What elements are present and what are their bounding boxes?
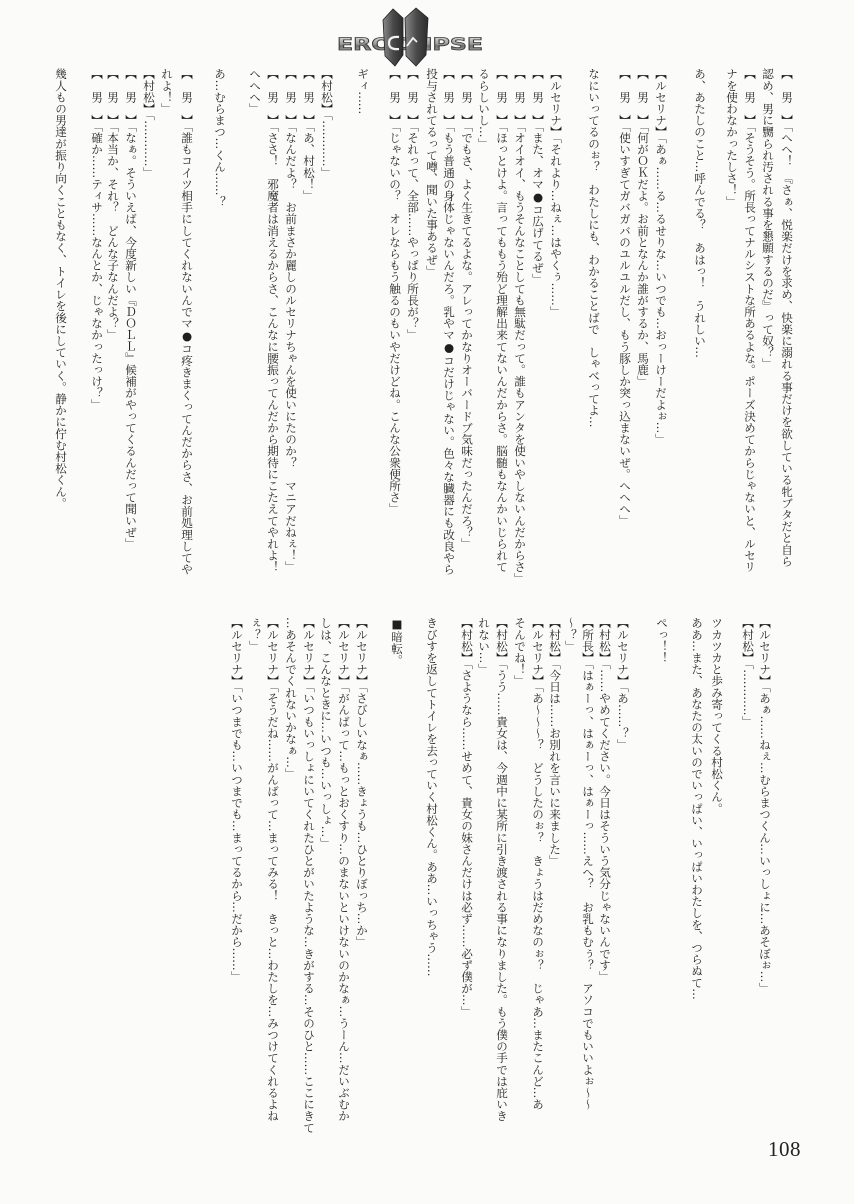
continuation-line: …あそんでくれないかなぁ…」 [284,617,298,779]
dialogue-line: 【村松】「うう……貴女は、今週中に某所に引き渡される事になりました。もう僕の手で… [495,617,509,1122]
dialogue-line: 【 男 】「じゃないの？ オレならもう触るのもいやだけどね。こんな公衆便所さ」 [388,68,402,515]
continuation-line: ぇ？」 [248,617,262,652]
continuation-line: へへへ」 [248,68,262,114]
speaker-label: 【 男 】 [388,68,402,126]
dialogue-line: 【 男 】「それって、全部……やっぱり所長が？」 [406,68,420,341]
dialogue-line: 【村松】「…………」 [142,68,156,178]
line-text: あ…むらまつ…くん……？ [213,68,227,207]
speaker-label: 【ルセリナ】 [337,617,351,687]
line-text: 「……やめてください。今日はそういう気分じゃないんです」 [598,663,612,982]
speaker-label: 【ルセリナ】 [266,617,280,687]
speaker-label: 【村松】 [741,617,755,663]
line-text: ツカツカと歩み寄ってくる村松くん。 [710,617,724,814]
narration-line: あ…むらまつ…くん……？ [213,68,227,207]
line-text: 「また、オマ●コ広げてるぜ」 [531,126,545,285]
speaker-label: 【所長】 [581,617,595,663]
speaker-label: 【村松】 [320,68,334,114]
line-text: 「ほっとけよ。言ってももう殆ど理解出来てないんだからさ。脳髄もなんかいじられて [495,126,509,573]
speaker-label: 【 男 】 [618,68,632,126]
speaker-label: 【ルセリナ】 [758,617,772,687]
line-text: 「がんばって…もっとおくすり…のまないといけないのかなぁ…うーん…だいぶむか [337,687,351,1122]
eroclipse-logo-icon: EROCLIPSE II [333,4,489,70]
speaker-label: 【 男 】 [460,68,474,126]
line-text: るらしいし…」 [477,68,491,149]
narration-line: きびすを返してトイレを去っていく村松くん。ああ…いっちゃう…… [425,617,439,977]
line-text: そんでね！」 [513,617,527,687]
dialogue-line: 【 男 】「何がＯＫだよ。お前となんか誰がするか、馬鹿」 [636,68,650,387]
line-text: れない…」 [477,617,491,675]
speaker-label: 【村松】 [548,617,562,663]
dialogue-line: 【村松】「…………」 [741,617,755,727]
scene-marker: ■暗転。 [390,617,404,666]
page-number: 108 [768,1137,801,1162]
speaker-label: 【村松】 [142,68,156,114]
line-text: ～？」 [564,617,578,652]
numeral-emblem: II [383,8,428,66]
continuation-line: ～？」 [564,617,578,652]
dialogue-line: 【 男 】「ほっとけよ。言ってももう殆ど理解出来てないんだからさ。脳髄もなんかい… [495,68,509,573]
speaker-label: 【 男 】 [266,68,280,126]
dialogue-line: 【 男 】「オイオイ、もうそんなことしても無駄だって。誰もアンタを使いやしないん… [513,68,527,584]
speaker-label: 【 男 】 [406,68,420,126]
continuation-line: れよ！」 [160,68,174,114]
line-text: 「使いすぎてガバガバのユルユルだし、もう豚しか突っ込まないぜ。へへへ」 [618,126,632,526]
dialogue-line: 【 男 】「なぁ。そういえば、今度新しい『ＤＯＬＬ』候補がやってくるんだって聞い… [124,68,138,549]
line-text: 「さようなら……せめて、貴女の妹さんだけは必ず……必ず僕が…」 [460,663,474,1017]
book-page: EROCLIPSE II 【 男 】「へへ！ 『さぁ、悦楽だけを求め、快楽に溺れ… [0,0,854,1204]
line-text: 認め、男に嬲られ汚される事を懇願するのだ』って奴？」 [761,68,775,370]
dialogue-line: 【 男 】「なんだよ？ お前まさか麗しのルセリナちゃんを使いにたのか？ マニアだ… [284,68,298,573]
line-text: 「あ、村松！」 [302,126,316,201]
narration-line: なにいってるのぉ？ わたしにも、わかることばで しゃべってよ… [587,68,601,428]
speaker-label: 【 男 】 [636,68,650,126]
line-text: 「うう……貴女は、今週中に某所に引き渡される事になりました。もう僕の手では庇いき [495,663,509,1121]
speaker-label: 【ルセリナ】 [230,617,244,687]
line-text: へへへ」 [248,68,262,114]
line-text: 「…………」 [320,114,334,178]
line-text: 「いつまでも…いつまでも…まってるから…だから……」 [230,687,244,983]
narration-line: ギィ…… [356,68,370,114]
speaker-label: 【 男 】 [284,68,298,126]
line-text: ナを使わなかったしさ！」 [725,68,739,207]
line-text: しは、こんなときに…いつも…いっしょ…」 [319,617,333,849]
dialogue-line: 【ルセリナ】「あぁ……る…るせりな…いつでも…おっーけーだよぉ…」 [654,68,668,445]
line-text: 「…………」 [142,114,156,178]
speaker-label: 【村松】 [460,617,474,663]
speaker-label: 【 男 】 [180,68,194,126]
line-text: ぺっ！！ [655,617,669,663]
line-text: 「なんだよ？ お前まさか麗しのルセリナちゃんを使いにたのか？ マニアだねぇ！」 [284,126,298,573]
narration-line: ツカツカと歩み寄ってくる村松くん。 [710,617,724,814]
dialogue-line: 【ルセリナ】「あ……？」 [616,617,630,750]
speaker-label: 【村松】 [495,617,509,663]
line-text: 「ささ！ 邪魔者は消えるからさ、こんなに腰振ってんだから期待にこたえてやれよ！ [266,126,280,573]
line-text: …あそんでくれないかなぁ…」 [284,617,298,779]
line-text: 「そうだね……がんばって…まってみる！ きっと…わたしを…みつけてくれるよね [266,687,280,1122]
speaker-label: 【ルセリナ】 [531,617,545,687]
dialogue-line: 【ルセリナ】「いつまでも…いつまでも…まってるから…だから……」 [230,617,244,982]
line-text: 「なぁ。そういえば、今度新しい『ＤＯＬＬ』候補がやってくるんだって聞いぜ」 [124,126,138,549]
line-text: 「誰もコイツ相手にしてくれないんでマ●コ疼きまくってんだからさ、お前処理してや [180,126,194,575]
speaker-label: 【村松】 [598,617,612,663]
line-text: 「それより…ねぇ…はやくぅ……」 [549,138,563,318]
continuation-line: 認め、男に嬲られ汚される事を懇願するのだ』って奴？」 [761,68,775,370]
narration-line: あ、あたしのこと…呼んでる？ あはっ！ うれしい… [693,68,707,358]
speaker-label: 【 男 】 [780,68,794,126]
dialogue-line: 【ルセリナ】「がんばって…もっとおくすり…のまないといけないのかなぁ…うーん…だ… [337,617,351,1122]
dialogue-line: 【村松】「さようなら……せめて、貴女の妹さんだけは必ず……必ず僕が…」 [460,617,474,1017]
line-text: れよ！」 [160,68,174,114]
narration-line: ああ…また、あなたの太いのでいっぱい、いっぱいわたしを、つらぬて… [690,617,704,1000]
speaker-label: 【 男 】 [513,68,527,126]
dialogue-line: 【 男 】「また、オマ●コ広げてるぜ」 [531,68,545,285]
line-text: 「へへ！ 『さぁ、悦楽だけを求め、快楽に溺れる事だけを欲している牝ブタだと自ら [780,126,794,567]
line-text: 「あぁ……ねぇ…むらまつくん…いっしょに…あそぼぉ…」 [758,687,772,994]
line-text: 「本当か、それ？ どんな子なんだよ？」 [106,126,120,341]
speaker-label: 【 男 】 [302,68,316,126]
speaker-label: 【 男 】 [124,68,138,126]
line-text: 「あ……？」 [616,687,630,751]
narration-line: ぺっ！！ [655,617,669,663]
speaker-label: 【ルセリナ】 [654,68,668,138]
line-text: 「今日は……お別れを言いに来ました」 [548,663,562,866]
dialogue-line: 【ルセリナ】「いつもいっしょにいてくれたひとがいたような…きがする…そのひと……… [302,617,316,1133]
speaker-label: 【ルセリナ】 [302,617,316,687]
line-text: 「そうそう。所長ってナルシストな所あるよな。ポーズ決めてからじゃないと、ルセリ [743,126,757,573]
speaker-label: 【 男 】 [90,68,104,126]
dialogue-line: 【村松】「…………」 [320,68,334,178]
dialogue-line: 【村松】「今日は……お別れを言いに来ました」 [548,617,562,866]
continuation-line: 投与されてるって噂、聞いた事あるぜ」 [425,68,439,277]
line-text: 「確か……ティサ……なんとか、じゃなかったっけ？」 [90,126,104,410]
continuation-line: れない…」 [477,617,491,675]
dialogue-line: 【 男 】「へへ！ 『さぁ、悦楽だけを求め、快楽に溺れる事だけを欲している牝ブタ… [780,68,794,567]
line-text: あ、あたしのこと…呼んでる？ あはっ！ うれしい… [693,68,707,358]
dialogue-line: 【村松】「……やめてください。今日はそういう気分じゃないんです」 [598,617,612,982]
speaker-label: 【 男 】 [743,68,757,126]
line-text: ああ…また、あなたの太いのでいっぱい、いっぱいわたしを、つらぬて… [690,617,704,1000]
line-text: 「何がＯＫだよ。お前となんか誰がするか、馬鹿」 [636,126,650,387]
line-text: 「あ～～～？ どうしたのぉ？ きょうはだめなのぉ？ じゃあ…またこんど…あ [531,687,545,1110]
line-text: 投与されてるって噂、聞いた事あるぜ」 [425,68,439,277]
line-text: 「オイオイ、もうそんなことしても無駄だって。誰もアンタを使いやしないんだからさ」 [513,126,527,584]
speaker-label: 【 男 】 [495,68,509,126]
speaker-label: 【 男 】 [106,68,120,126]
line-text: 「いつもいっしょにいてくれたひとがいたような…きがする…そのひと……ここにきて [302,687,316,1134]
dialogue-line: 【 男 】「あ、村松！」 [302,68,316,201]
line-text: 「じゃないの？ オレならもう触るのもいやだけどね。こんな公衆便所さ」 [388,126,402,515]
line-text: 「それって、全部……やっぱり所長が？」 [406,126,420,341]
line-text: きびすを返してトイレを去っていく村松くん。ああ…いっちゃう…… [425,617,439,977]
dialogue-line: 【ルセリナ】「あぁ……ねぇ…むらまつくん…いっしょに…あそぼぉ…」 [758,617,772,994]
line-text: ギィ…… [356,68,370,114]
dialogue-line: 【ルセリナ】「さびしいなぁ……きょうも…ひとりぼっち…か」 [355,617,369,948]
line-text: 幾人もの男達が振り向くこともなく、トイレを後にしていく。静かに佇む村松くん。 [54,68,68,509]
speaker-label: 【ルセリナ】 [549,68,563,138]
speaker-label: 【ルセリナ】 [616,617,630,687]
line-text: 「はぁーっ、はぁーっ、はぁーっ……えへ？ お乳もむぅ？ アソコでもいいよぉ～～ [581,663,595,1110]
dialogue-line: 【ルセリナ】「それより…ねぇ…はやくぅ……」 [549,68,563,317]
dialogue-line: 【 男 】「もう普通の身体じゃないんだろ。乳やマ●コだけじゃない。色々な臓器にも… [442,68,456,575]
line-text: ■暗転。 [390,617,404,666]
line-text: 「あぁ……る…るせりな…いつでも…おっーけーだよぉ…」 [654,138,668,445]
line-text: 「…………」 [741,663,755,727]
speaker-label: 【 男 】 [442,68,456,126]
dialogue-line: 【 男 】「そうそう。所長ってナルシストな所あるよな。ポーズ決めてからじゃないと… [743,68,757,573]
speaker-label: 【 男 】 [531,68,545,126]
dialogue-line: 【所長】「はぁーっ、はぁーっ、はぁーっ……えへ？ お乳もむぅ？ アソコでもいいよ… [581,617,595,1110]
header-logo: EROCLIPSE II [333,4,489,70]
line-text: ぇ？」 [248,617,262,652]
line-text: 「さびしいなぁ……きょうも…ひとりぼっち…か」 [355,687,369,948]
dialogue-line: 【 男 】「使いすぎてガバガバのユルユルだし、もう豚しか突っ込まないぜ。へへへ」 [618,68,632,526]
dialogue-line: 【 男 】「ささ！ 邪魔者は消えるからさ、こんなに腰振ってんだから期待にこたえて… [266,68,280,573]
continuation-line: るらしいし…」 [477,68,491,149]
speaker-label: 【ルセリナ】 [355,617,369,687]
dialogue-line: 【 男 】「本当か、それ？ どんな子なんだよ？」 [106,68,120,341]
continuation-line: しは、こんなときに…いつも…いっしょ…」 [319,617,333,849]
dialogue-line: 【ルセリナ】「あ～～～？ どうしたのぉ？ きょうはだめなのぉ？ じゃあ…またこん… [531,617,545,1110]
narration-line: 幾人もの男達が振り向くこともなく、トイレを後にしていく。静かに佇む村松くん。 [54,68,68,509]
continuation-line: ナを使わなかったしさ！」 [725,68,739,207]
dialogue-line: 【 男 】「確か……ティサ……なんとか、じゃなかったっけ？」 [90,68,104,410]
dialogue-line: 【 男 】「誰もコイツ相手にしてくれないんでマ●コ疼きまくってんだからさ、お前処… [180,68,194,575]
dialogue-line: 【 男 】「でもさ、よく生きてるよな。アレってかなりオーバードブ気味だったんだろ… [460,68,474,549]
continuation-line: そんでね！」 [513,617,527,687]
dialogue-line: 【ルセリナ】「そうだね……がんばって…まってみる！ きっと…わたしを…みつけてく… [266,617,280,1122]
line-text: 「でもさ、よく生きてるよな。アレってかなりオーバードブ気味だったんだろ？」 [460,126,474,549]
line-text: なにいってるのぉ？ わたしにも、わかることばで しゃべってよ… [587,68,601,428]
line-text: 「もう普通の身体じゃないんだろ。乳やマ●コだけじゃない。色々な臓器にも改良やら [442,126,456,575]
